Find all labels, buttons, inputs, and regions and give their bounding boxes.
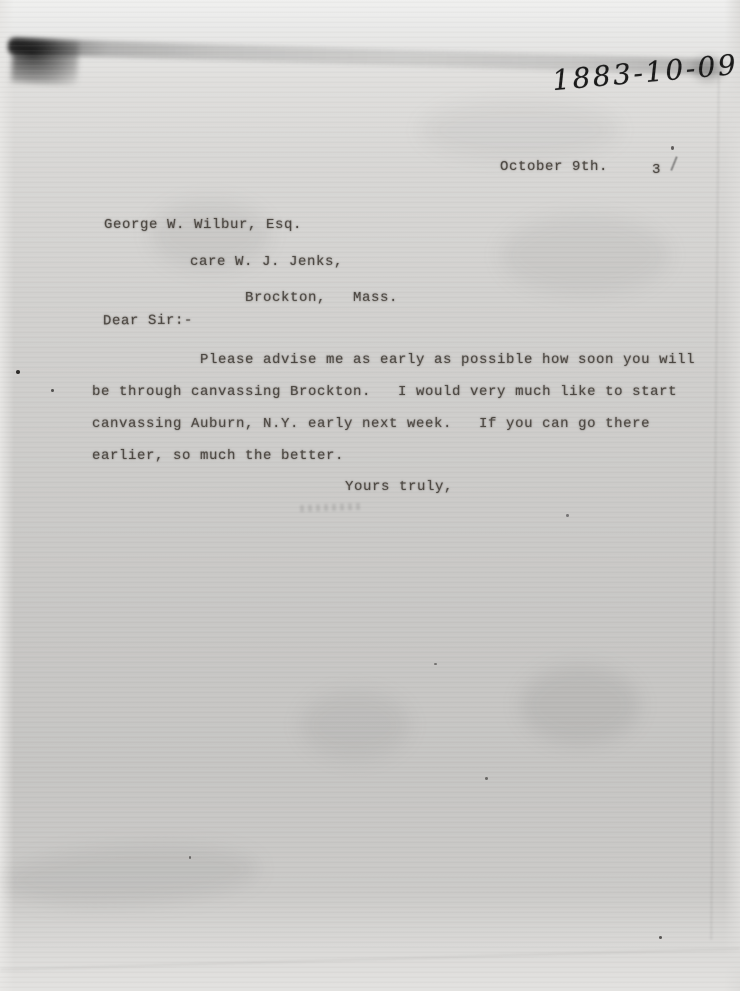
body-line-3: canvassing Auburn, N.Y. early next week.… [92,414,650,434]
closing-phrase: Yours truly, [345,477,453,497]
scanned-letter-page: 1883-10-09 October 9th. 3 George W. Wilb… [0,0,740,991]
paper-stain [300,690,410,760]
paper-bottom-edge [0,948,740,971]
pen-slash-mark [670,156,677,170]
recipient-city: Brockton, Mass. [245,288,398,308]
paper-stain [0,838,261,912]
dust-speck [485,777,488,780]
dust-speck [16,370,20,374]
paper-right-edge [710,70,720,940]
scanner-edge-left [0,0,14,991]
paper-stain [520,665,640,745]
ink-dot [566,514,569,517]
paper-stain [500,215,670,295]
paper-stain [420,100,620,160]
dust-speck [671,146,674,150]
letter-date: October 9th. [500,157,608,177]
body-line-2: be through canvassing Brockton. I would … [92,382,677,402]
dust-speck [189,856,191,859]
faded-signature-smudge [300,503,362,512]
dust-speck [659,936,662,939]
body-line-4: earlier, so much the better. [92,446,344,466]
salutation: Dear Sir:- [103,311,193,332]
paper-corner-smudge [11,38,79,85]
recipient-name: George W. Wilbur, Esq. [104,215,302,235]
recipient-care-of: care W. J. Jenks, [190,252,343,272]
scanner-edge-right [724,0,740,991]
body-line-1: Please advise me as early as possible ho… [200,350,695,370]
dust-speck [51,389,54,392]
page-number-mark: 3 [652,160,661,180]
dust-speck [434,663,437,665]
